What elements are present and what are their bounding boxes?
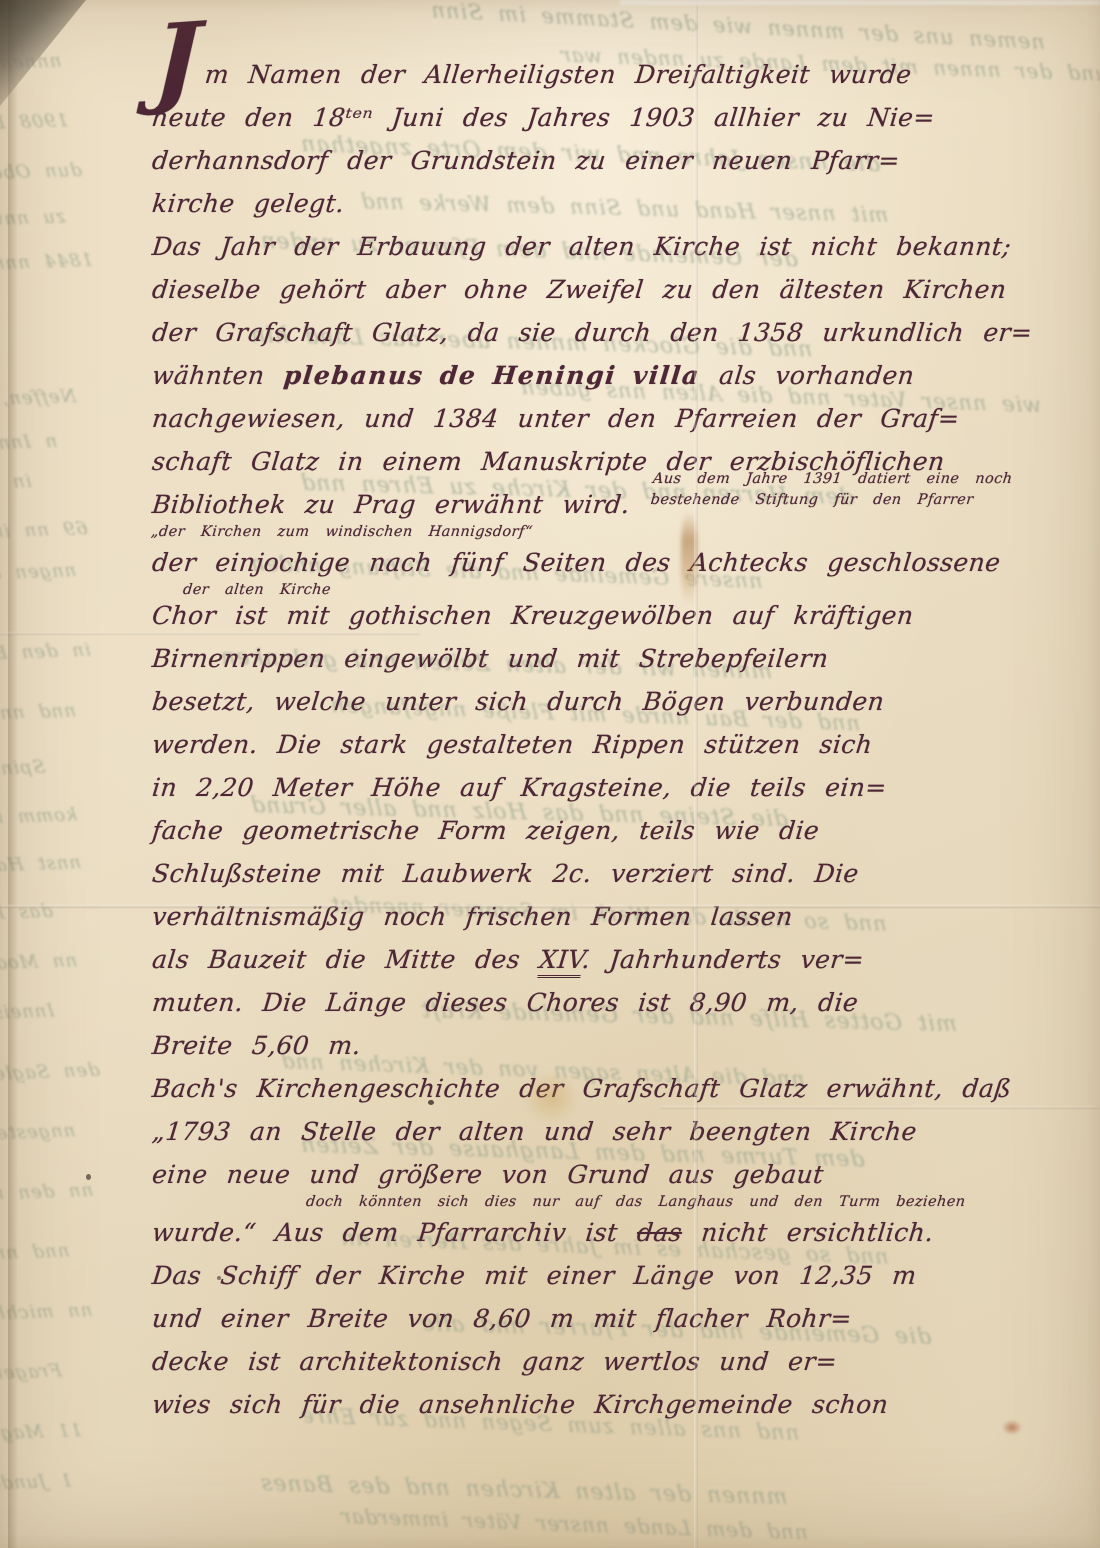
- handwriting-line: in 2,20 Meter Höhe auf Kragsteine, die t…: [150, 766, 1085, 809]
- handwriting-line: fache geometrische Form zeigen, teils wi…: [150, 809, 1085, 852]
- struck-word: das: [636, 1218, 684, 1247]
- show-through-text: nnd dem Lande nnsrer Väter immerdar: [339, 1504, 808, 1544]
- latin-phrase: plebanus de Heningi villa: [282, 361, 701, 390]
- interlinear-note: „der Kirchen zum windischen Hannigsdorf“: [150, 522, 1082, 542]
- left-fold-crease: [8, 0, 18, 1548]
- handwriting-line: eine neue und größere von Grund aus geba…: [150, 1153, 1085, 1196]
- flourish-initial: J: [154, 58, 201, 61]
- handwriting-line: Birnenrippen eingewölbt und mit Strebepf…: [150, 637, 1085, 680]
- handwriting-line: „1793 an Stelle der alten und sehr beeng…: [150, 1110, 1085, 1153]
- handwriting-line: Das Schiff der Kirche mit einer Länge vo…: [150, 1254, 1085, 1297]
- handwriting-line: dieselbe gehört aber ohne Zweifel zu den…: [150, 268, 1085, 311]
- handwriting-line: kirche gelegt.: [150, 182, 1085, 225]
- rust-spot: [1002, 1420, 1022, 1435]
- handwriting-line: Chor ist mit gothischen Kreuzgewölben au…: [150, 594, 1085, 637]
- ink-speck: [428, 1100, 434, 1105]
- ink-speck: [86, 1174, 91, 1180]
- handwritten-text-column: Jm Namen der Allerheiligsten Dreifaltigk…: [150, 50, 1080, 1426]
- handwriting-line: Jm Namen der Allerheiligsten Dreifaltigk…: [150, 50, 1085, 96]
- horizontal-fold-crease: [0, 632, 420, 635]
- handwriting-line: muten. Die Länge dieses Chores ist 8,90 …: [150, 981, 1085, 1024]
- yellow-stain: [523, 1072, 579, 1124]
- handwriting-line: Breite 5,60 m.: [150, 1024, 1085, 1067]
- handwriting-line: verhältnismäßig noch frischen Formen las…: [150, 895, 1085, 938]
- marginal-addition-1391: Aus dem Jahre 1391 datiert eine nochbest…: [650, 469, 1014, 511]
- interlinear-note-line: bestehende Stiftung für den Pfarrer: [650, 490, 1012, 511]
- handwriting-line: decke ist architektonisch ganz wertlos u…: [150, 1340, 1085, 1383]
- show-through-text: Spinnig: [0, 757, 47, 781]
- handwriting-line: und einer Breite von 8,60 m mit flacher …: [150, 1297, 1085, 1340]
- handwriting-line: nachgewiesen, und 1384 unter den Pfarrei…: [150, 397, 1085, 440]
- handwriting-line: der Grafschaft Glatz, da sie durch den 1…: [150, 311, 1085, 354]
- interlinear-note-line: Aus dem Jahre 1391 datiert eine noch: [652, 469, 1014, 490]
- scan-edge-strip: [620, 0, 1100, 5]
- handwriting-line: heute den 18ᵗᵉⁿ Juni des Jahres 1903 all…: [150, 96, 1085, 139]
- handwriting-line: wies sich für die ansehnliche Kirchgemei…: [150, 1383, 1085, 1426]
- handwriting-line: als Bauzeit die Mitte des XIV. Jahrhunde…: [150, 938, 1085, 981]
- handwriting-line: Schlußsteine mit Laubwerk 2c. verziert s…: [150, 852, 1085, 895]
- handwriting-line: Das Jahr der Erbauung der alten Kirche i…: [150, 225, 1085, 268]
- handwriting-line: der einjochige nach fünf Seiten des Acht…: [150, 541, 1085, 584]
- horizontal-fold-crease: [0, 905, 1100, 908]
- handwriting-line: wurde.“ Aus dem Pfarrarchiv ist das nich…: [150, 1211, 1085, 1254]
- handwriting-line: werden. Die stark gestalteten Rippen stü…: [150, 723, 1085, 766]
- handwriting-line: wähnten plebanus de Heningi villa als vo…: [150, 354, 1085, 397]
- horizontal-fold-crease: [660, 1106, 1100, 1109]
- show-through-text: nemen uns der mnnen wie dem Stamme im Si…: [430, 0, 1046, 54]
- scanned-document-page: { "document": { "description_title": "Ge…: [0, 0, 1100, 1548]
- handwriting-line: besetzt, welche unter sich durch Bögen v…: [150, 680, 1085, 723]
- handwriting-line: Bibliothek zu Prag erwähnt wird.Aus dem …: [150, 483, 1085, 526]
- underlined-word: XIV: [537, 945, 583, 978]
- handwriting-line: Bach's Kirchengeschichte der Grafschaft …: [150, 1067, 1085, 1110]
- handwriting-line: derhannsdorf der Grundstein zu einer neu…: [150, 139, 1085, 182]
- center-fold-crease: [694, 0, 698, 1548]
- ink-speck: [217, 1276, 221, 1280]
